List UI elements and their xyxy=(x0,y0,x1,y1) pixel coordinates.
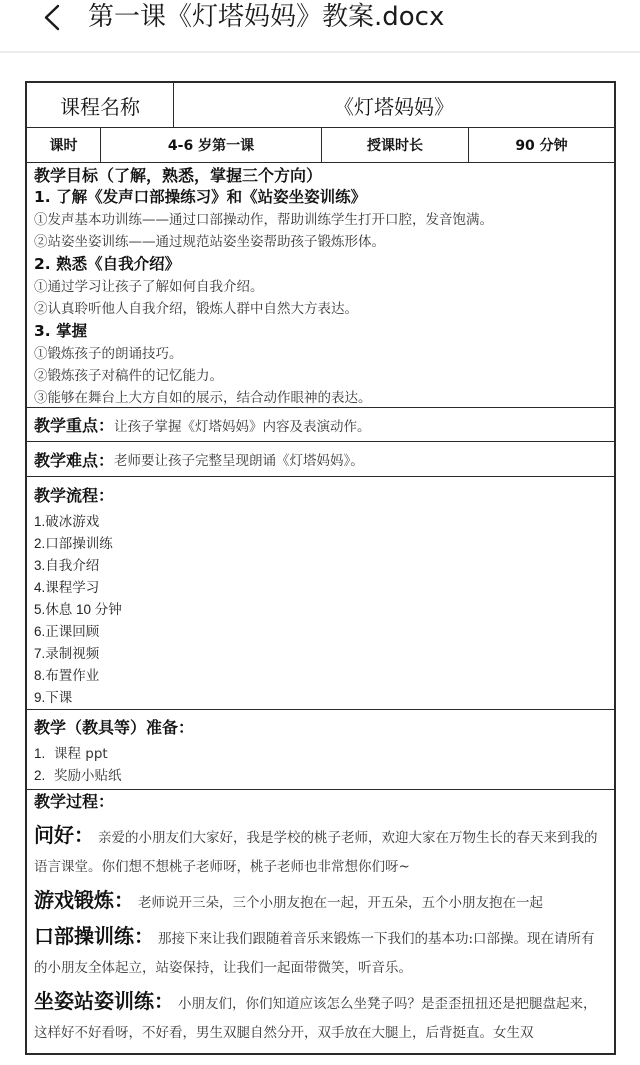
key-point-section: 教学重点： 让孩子掌握《灯塔妈妈》内容及表演动作。 xyxy=(27,408,614,442)
goal-item: ①发声基本功训练——通过口部操动作，帮助训练学生打开口腔，发音饱满。 xyxy=(34,209,614,231)
flow-item: 7.录制视频 xyxy=(34,643,614,665)
process-paragraph: 游戏锻炼：老师说开三朵，三个小朋友抱在一起，开五朵，五个小朋友抱在一起 xyxy=(34,886,608,918)
lesson-label: 课时 xyxy=(27,128,101,162)
flow-item: 3.自我介绍 xyxy=(34,555,614,577)
goal-group-title: 1. 了解《发声口部操练习》和《站姿坐姿训练》 xyxy=(34,186,614,209)
goal-item: ②站姿坐姿训练——通过规范站姿坐姿帮助孩子锻炼形体。 xyxy=(34,231,614,253)
prep-heading: 教学（教具等）准备： xyxy=(34,716,614,740)
flow-item: 9.下课 xyxy=(34,687,614,709)
paragraph-text: 老师说开三朵，三个小朋友抱在一起，开五朵，五个小朋友抱在一起 xyxy=(138,895,543,911)
header-divider xyxy=(0,51,640,53)
course-name-row: 课程名称 《灯塔妈妈》 xyxy=(27,83,614,128)
preparation-section: 教学（教具等）准备： 1.课程 ppt 2.奖励小贴纸 xyxy=(27,710,614,790)
goal-item: ①锻炼孩子的朗诵技巧。 xyxy=(34,343,614,365)
flow-item: 2.口部操训练 xyxy=(34,533,614,555)
process-paragraph: 坐姿站姿训练：小朋友们，你们知道应该怎么坐凳子吗？是歪歪扭扭还是把腿盘起来，这样… xyxy=(34,987,608,1048)
goal-group-title: 3. 掌握 xyxy=(34,320,614,343)
prep-item-text: 课程 ppt xyxy=(54,746,108,762)
paragraph-label: 口部操训练： xyxy=(34,924,154,948)
flow-item: 6.正课回顾 xyxy=(34,621,614,643)
paragraph-text: 亲爱的小朋友们大家好，我是学校的桃子老师，欢迎大家在万物生长的春天来到我的语言课… xyxy=(34,830,598,875)
prep-item: 1.课程 ppt xyxy=(34,743,614,765)
prep-item-number: 2. xyxy=(34,765,54,786)
process-heading: 教学过程： xyxy=(34,791,608,813)
process-paragraph: 问好：亲爱的小朋友们大家好，我是学校的桃子老师，欢迎大家在万物生长的春天来到我的… xyxy=(34,821,608,882)
key-point-text: 让孩子掌握《灯塔妈妈》内容及表演动作。 xyxy=(114,415,371,435)
goals-heading: 教学目标（了解，熟悉，掌握三个方向） xyxy=(34,165,614,186)
flow-heading: 教学流程： xyxy=(34,485,614,507)
duration-value: 90 分钟 xyxy=(469,128,614,162)
chevron-left-icon xyxy=(38,2,68,32)
flow-item: 8.布置作业 xyxy=(34,665,614,687)
goal-item: ③能够在舞台上大方自如的展示，结合动作眼神的表达。 xyxy=(34,387,614,409)
course-name-label: 课程名称 xyxy=(27,83,174,127)
course-name-value: 《灯塔妈妈》 xyxy=(174,83,614,127)
teaching-flow-section: 教学流程： 1.破冰游戏 2.口部操训练 3.自我介绍 4.课程学习 5.休息 … xyxy=(27,477,614,710)
document-title: 第一课《灯塔妈妈》教案.docx xyxy=(88,0,444,34)
prep-item-text: 奖励小贴纸 xyxy=(54,768,122,784)
flow-item: 5.休息 10 分钟 xyxy=(34,599,614,621)
paragraph-label: 坐姿站姿训练： xyxy=(34,989,174,1013)
flow-item: 4.课程学习 xyxy=(34,577,614,599)
goal-item: ②认真聆听他人自我介绍，锻炼人群中自然大方表达。 xyxy=(34,298,614,320)
duration-label: 授课时长 xyxy=(322,128,469,162)
prep-item-number: 1. xyxy=(34,743,54,764)
difficulty-section: 教学难点： 老师要让孩子完整呈现朗诵《灯塔妈妈》。 xyxy=(27,442,614,477)
lesson-info-row: 课时 4-6 岁第一课 授课时长 90 分钟 xyxy=(27,128,614,163)
teaching-process-section: 教学过程： 问好：亲爱的小朋友们大家好，我是学校的桃子老师，欢迎大家在万物生长的… xyxy=(27,790,614,1060)
process-paragraph: 口部操训练：那接下来让我们跟随着音乐来锻炼一下我们的基本功:口部操。现在请所有的… xyxy=(34,922,608,983)
prep-item: 2.奖励小贴纸 xyxy=(34,765,614,787)
goal-group-title: 2. 熟悉《自我介绍》 xyxy=(34,253,614,276)
top-bar: 第一课《灯塔妈妈》教案.docx xyxy=(0,0,640,52)
difficulty-text: 老师要让孩子完整呈现朗诵《灯塔妈妈》。 xyxy=(114,449,364,469)
back-button[interactable] xyxy=(38,2,68,32)
page-bottom-border xyxy=(25,1053,616,1055)
paragraph-label: 问好： xyxy=(34,823,94,847)
goal-item: ①通过学习让孩子了解如何自我介绍。 xyxy=(34,276,614,298)
difficulty-label: 教学难点： xyxy=(34,448,114,471)
lesson-value: 4-6 岁第一课 xyxy=(101,128,322,162)
goal-item: ②锻炼孩子对稿件的记忆能力。 xyxy=(34,365,614,387)
document-page[interactable]: 课程名称 《灯塔妈妈》 课时 4-6 岁第一课 授课时长 90 分钟 教学目标（… xyxy=(25,81,616,1055)
flow-item: 1.破冰游戏 xyxy=(34,511,614,533)
key-point-label: 教学重点： xyxy=(34,413,114,436)
teaching-goals-section: 教学目标（了解，熟悉，掌握三个方向） 1. 了解《发声口部操练习》和《站姿坐姿训… xyxy=(27,163,614,408)
paragraph-label: 游戏锻炼： xyxy=(34,888,134,912)
